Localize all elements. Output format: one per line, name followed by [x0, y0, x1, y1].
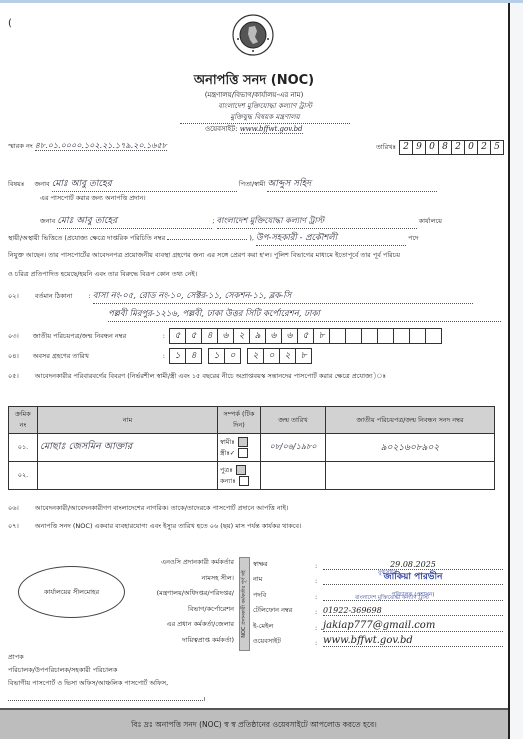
website-label: ওয়েবসাইট: — [205, 125, 237, 133]
body-office: বাংলাদেশ মুক্তিযোদ্ধা কল্যাণ ট্রাস্ট — [217, 215, 417, 229]
retirement-day-boxes: ১৪ — [169, 348, 202, 364]
row-dob: ০৮/০৬/১৯৮০ — [261, 434, 326, 462]
field-value: জাকিয়া পারভীন — [323, 569, 503, 585]
relation-option: স্বামীঃ — [220, 438, 235, 446]
recipient-office-field — [8, 700, 203, 701]
office-suffix: কার্যালয়ে — [419, 217, 442, 225]
officer-line: দায়িত্বপ্রাপ্ত কর্মকর্তা) — [128, 633, 234, 649]
row-serial: ০১. — [9, 434, 38, 462]
stamp-org: বাংলাদেশ মুক্তিযোদ্ধা কল্যাণ ট্রাস্ট — [355, 595, 429, 603]
digit-box: ০ — [224, 348, 241, 364]
noc-vertical-label: NOC প্রদানকারী কর্মকর্তার পূর্ণ সই — [239, 557, 250, 651]
digit-box: ৬ — [265, 328, 281, 344]
table-header-row: ক্রমিক নং নাম সম্পর্ক (টিক দিন) জন্ম তার… — [9, 407, 495, 434]
relation-option: কন্যাঃ — [220, 477, 236, 485]
row-name: মোছাঃ জেসমিন আক্তার — [38, 434, 218, 462]
body-line2-mid: ), — [249, 234, 254, 242]
memo-row: স্মারক নং ৪৮.০১.০০০০.১০২.২১.১৭৯.২০.১৬৫৮ — [8, 140, 167, 153]
date-row: তারিখঃ 29082025 — [376, 140, 504, 155]
address-line1: বাসা নং-০৫, রোড নং-১০, সেক্টর-১১, সেকশন-… — [93, 289, 473, 304]
row-relation: পুত্রঃ কন্যাঃ — [218, 462, 261, 490]
item-text: অনাপত্তি সনদ (NOC) একবার ব্যবহারযোগ্য এব… — [35, 522, 301, 530]
officer-line: (মন্ত্রণালয়/অধিদপ্তর/পরিদপ্তর/ — [128, 586, 234, 602]
digit-box: 2 — [399, 140, 412, 155]
page-margin — [510, 3, 523, 739]
officer-description: এনওসি প্রদানকারী কর্মকর্তারনামসহ সীল।(মন… — [128, 555, 234, 648]
item-number: ০৪। — [8, 351, 19, 362]
relation-option: স্ত্রীঃ — [220, 449, 230, 457]
relation-checkbox[interactable] — [236, 465, 246, 475]
retirement-month-boxes: ১০ — [208, 348, 241, 364]
recipient-block: প্রাপক পরিচালক/উপপরিচালক/সহকারী পরিচালক … — [8, 651, 205, 706]
digit-box — [393, 328, 409, 344]
field-label: স্বাক্ষর — [253, 559, 315, 570]
item-number: ০৩। — [8, 331, 19, 342]
item-label: আবেদনকারীর পরিবারবর্গের বিবরণ (নির্ভরশীল… — [35, 372, 386, 380]
website-value: www.bffwt.gov.bd — [240, 125, 303, 134]
signature-field-row: স্বাক্ষর:29.08.2025 — [253, 554, 503, 570]
item-06: ০৬। আবেদনকারী/আবেদনকারীগণ বাংলাদেশের নাগ… — [8, 503, 503, 514]
digit-box: 5 — [490, 140, 504, 155]
footer-note: বিঃ দ্রঃ অনাপত্তি সনদ (NOC) স্ব স্ব প্রত… — [0, 708, 508, 739]
item-text: আবেদনকারী/আবেদনকারীগণ বাংলাদেশের নাগরিক।… — [35, 504, 289, 512]
government-emblem-icon — [231, 13, 275, 57]
item-number: ০৫। — [8, 372, 19, 380]
table-row: ০১. মোছাঃ জেসমিন আক্তার স্বামীঃ স্ত্রীঃ✓… — [9, 434, 495, 462]
family-table: ক্রমিক নং নাম সম্পর্ক (টিক দিন) জন্ম তার… — [8, 406, 495, 490]
digit-box — [345, 328, 361, 344]
item-label: অবসর গ্রহণের তারিখ — [33, 351, 163, 362]
item-number: ০৭। — [8, 522, 19, 530]
item-07: ০৭। অনাপত্তি সনদ (NOC) একবার ব্যবহারযোগ্… — [8, 521, 503, 532]
digit-box: ৪ — [201, 328, 217, 344]
digit-box: ৮ — [313, 328, 329, 344]
memo-label: স্মারক নং — [8, 142, 33, 150]
officer-line: এনওসি প্রদানকারী কর্মকর্তার — [128, 555, 234, 571]
vertical-label-text: NOC প্রদানকারী কর্মকর্তার পূর্ণ সই — [240, 558, 249, 650]
digit-box — [425, 328, 442, 344]
designation: উপ-সহকারী - প্রকৌশলী — [256, 231, 406, 246]
digit-box: ২ — [233, 328, 249, 344]
office-seal-placeholder: কার্যালয়ের সীলমোহর — [18, 566, 125, 618]
digit-box: ৫ — [297, 328, 313, 344]
digit-box: 0 — [464, 140, 477, 155]
item-04-retirement: ০৪। অবসর গ্রহণের তারিখ : ১৪ ১০ ২০২৮ — [8, 348, 312, 364]
digit-box — [409, 328, 425, 344]
memo-number: ৪৮.০১.০০০০.১০২.২১.১৭৯.২০.১৬৫৮ — [35, 141, 167, 151]
field-label: ওয়েবসাইট — [253, 636, 315, 647]
digit-box: ৬ — [281, 328, 297, 344]
digit-box: 2 — [477, 140, 490, 155]
digit-box: ২ — [247, 348, 263, 364]
father-label: পিতা/স্বামী — [239, 180, 266, 188]
field-value: 01922-369698 — [323, 606, 503, 616]
item-02-address: ০২। বর্তমান ঠিকানা : বাসা নং-০৫, রোড নং-… — [8, 289, 503, 304]
father-name: আব্দুস সহিদ — [267, 176, 437, 192]
item-label: বর্তমান ঠিকানা — [35, 292, 72, 300]
body-janab: জনাব — [40, 217, 55, 225]
recipient-end: । — [203, 695, 205, 703]
signature-field-row: ওয়েবসাইট:www.bffwt.gov.bd — [253, 632, 503, 648]
header-relation: সম্পর্ক (টিক দিন) — [218, 407, 261, 434]
digit-box: 8 — [438, 140, 451, 155]
corner-mark: ( — [8, 18, 12, 29]
field-label: পদবি — [253, 590, 315, 601]
row-serial: ০২. — [9, 462, 38, 490]
row-nid: ৯০২১৬০৮৯০২ — [326, 434, 495, 462]
retirement-year-boxes: ২০২৮ — [247, 348, 312, 364]
row-name — [38, 462, 218, 490]
footer-note-text: বিঃ দ্রঃ অনাপত্তি সনদ (NOC) স্ব স্ব প্রত… — [131, 720, 377, 729]
janab-label: জনাব — [34, 180, 49, 188]
relation-checkbox[interactable] — [238, 437, 248, 447]
applicant-name: মোঃ আবু তাহের — [52, 176, 237, 192]
signature-field-row: ই-মেইল:jakiap777@gmail.com — [253, 616, 503, 632]
stamp-rank: যুগ্মসচিব — [378, 570, 397, 578]
subject-label: বিষয়ঃ — [8, 180, 24, 188]
body-line2: স্থায়ী/অস্থায়ী ভিত্তিতে (প্রযোজ্য ক্ষে… — [8, 231, 503, 246]
body-line4: ও চরিত্র প্রতিপাদিত হয়েছে/হয়নি এবং তার… — [8, 269, 503, 280]
field-label: নাম — [253, 574, 315, 585]
digit-box: ১ — [208, 348, 224, 364]
row-nid — [326, 462, 495, 490]
recipient-line1: পরিচালক/উপপরিচালক/সহকারী পরিচালক — [8, 664, 205, 677]
header-dob: জন্ম তারিখ — [261, 407, 326, 434]
designation-suffix: পদে — [408, 234, 418, 242]
table-row: ০২. পুত্রঃ কন্যাঃ — [9, 462, 495, 490]
digit-box — [361, 328, 377, 344]
recipient-label: প্রাপক — [8, 651, 205, 664]
item-label: জাতীয় পরিচয়পত্র/জন্ম নিবন্ধন নম্বর — [33, 331, 163, 342]
officer-line: বিভাগ/কর্পোরেশন — [128, 602, 234, 618]
item-05-family: ০৫। আবেদনকারীর পরিবারবর্গের বিবরণ (নির্ভ… — [8, 371, 503, 382]
item-number: ০২। — [8, 292, 19, 300]
digit-box — [377, 328, 393, 344]
digit-box: ৮ — [295, 348, 312, 364]
digit-box: ২ — [279, 348, 295, 364]
item-number: ০৬। — [8, 504, 19, 512]
field-value: 29.08.2025 — [323, 560, 503, 570]
digit-box: ১ — [169, 348, 185, 364]
field-value: jakiap777@gmail.com — [323, 620, 503, 632]
digit-box: 2 — [451, 140, 464, 155]
relation-checkbox[interactable] — [238, 448, 248, 458]
noc-document: ( অনাপত্তি সনদ (NOC) (মন্ত্রণালয়/বিভাগ/… — [0, 3, 510, 739]
digit-box: ৫ — [169, 328, 185, 344]
digit-box: ৯ — [249, 328, 265, 344]
relation-option: পুত্রঃ — [220, 466, 233, 474]
website-row: ওয়েবসাইট: www.bffwt.gov.bd — [205, 123, 303, 135]
officer-line: এর প্রধান কর্মকর্তা/জেলার — [128, 617, 234, 633]
subject-row: বিষয়ঃ জনাব মোঃ আবু তাহের পিতা/স্বামী আব… — [8, 176, 498, 192]
row-relation: স্বামীঃ স্ত্রীঃ✓ — [218, 434, 261, 462]
officer-line: নামসহ সীল। — [128, 571, 234, 587]
official-id-field — [167, 239, 247, 240]
address-line2: পল্লবী মিরপুর-১২১৬, পল্লবী, ঢাকা উত্তর স… — [108, 307, 501, 322]
field-label: টেলিফোন নম্বর — [253, 605, 315, 616]
date-boxes: 29082025 — [399, 140, 504, 155]
relation-checkbox[interactable] — [239, 476, 249, 486]
digit-box: ৬ — [217, 328, 233, 344]
date-label: তারিখঃ — [376, 142, 396, 153]
field-label: ই-মেইল — [253, 621, 315, 632]
body-line1: জনাব মোঃ আবু তাহের; বাংলাদেশ মুক্তিযোদ্ধ… — [40, 213, 500, 229]
item-03-nid: ০৩। জাতীয় পরিচয়পত্র/জন্ম নিবন্ধন নম্বর… — [8, 328, 442, 344]
digit-box: ৪ — [185, 348, 202, 364]
digit-box: 0 — [425, 140, 438, 155]
field-value: www.bffwt.gov.bd — [323, 635, 503, 647]
recipient-line2: বিভাগীয় পাসপোর্ট ও ভিসা অফিস/আঞ্চলিক পা… — [8, 677, 205, 690]
seal-label: কার্যালয়ের সীলমোহর — [44, 588, 99, 596]
body-line3: নিযুক্ত আছেন। তার পাসপোর্টের আবেদনপত্র প… — [8, 250, 503, 261]
header-serial: ক্রমিক নং — [9, 407, 38, 434]
digit-box: ৫ — [185, 328, 201, 344]
nid-boxes: ৫৫৪৬২৯৬৬৫৮ — [169, 328, 442, 344]
digit-box — [329, 328, 345, 344]
body-line2-prefix: স্থায়ী/অস্থায়ী ভিত্তিতে (প্রযোজ্য ক্ষে… — [8, 234, 165, 242]
body-name: মোঃ আবু তাহের — [57, 213, 212, 229]
header-name: নাম — [38, 407, 218, 434]
row-dob — [261, 462, 326, 490]
header-nid: জাতীয় পরিচয়পত্র/জন্ম নিবন্ধন সনদ নম্বর — [326, 407, 495, 434]
digit-box: ০ — [263, 348, 279, 364]
subject-purpose: এর পাসপোর্ট করার জন্য অনাপত্তি প্রদান। — [40, 193, 146, 204]
digit-box: 9 — [412, 140, 425, 155]
